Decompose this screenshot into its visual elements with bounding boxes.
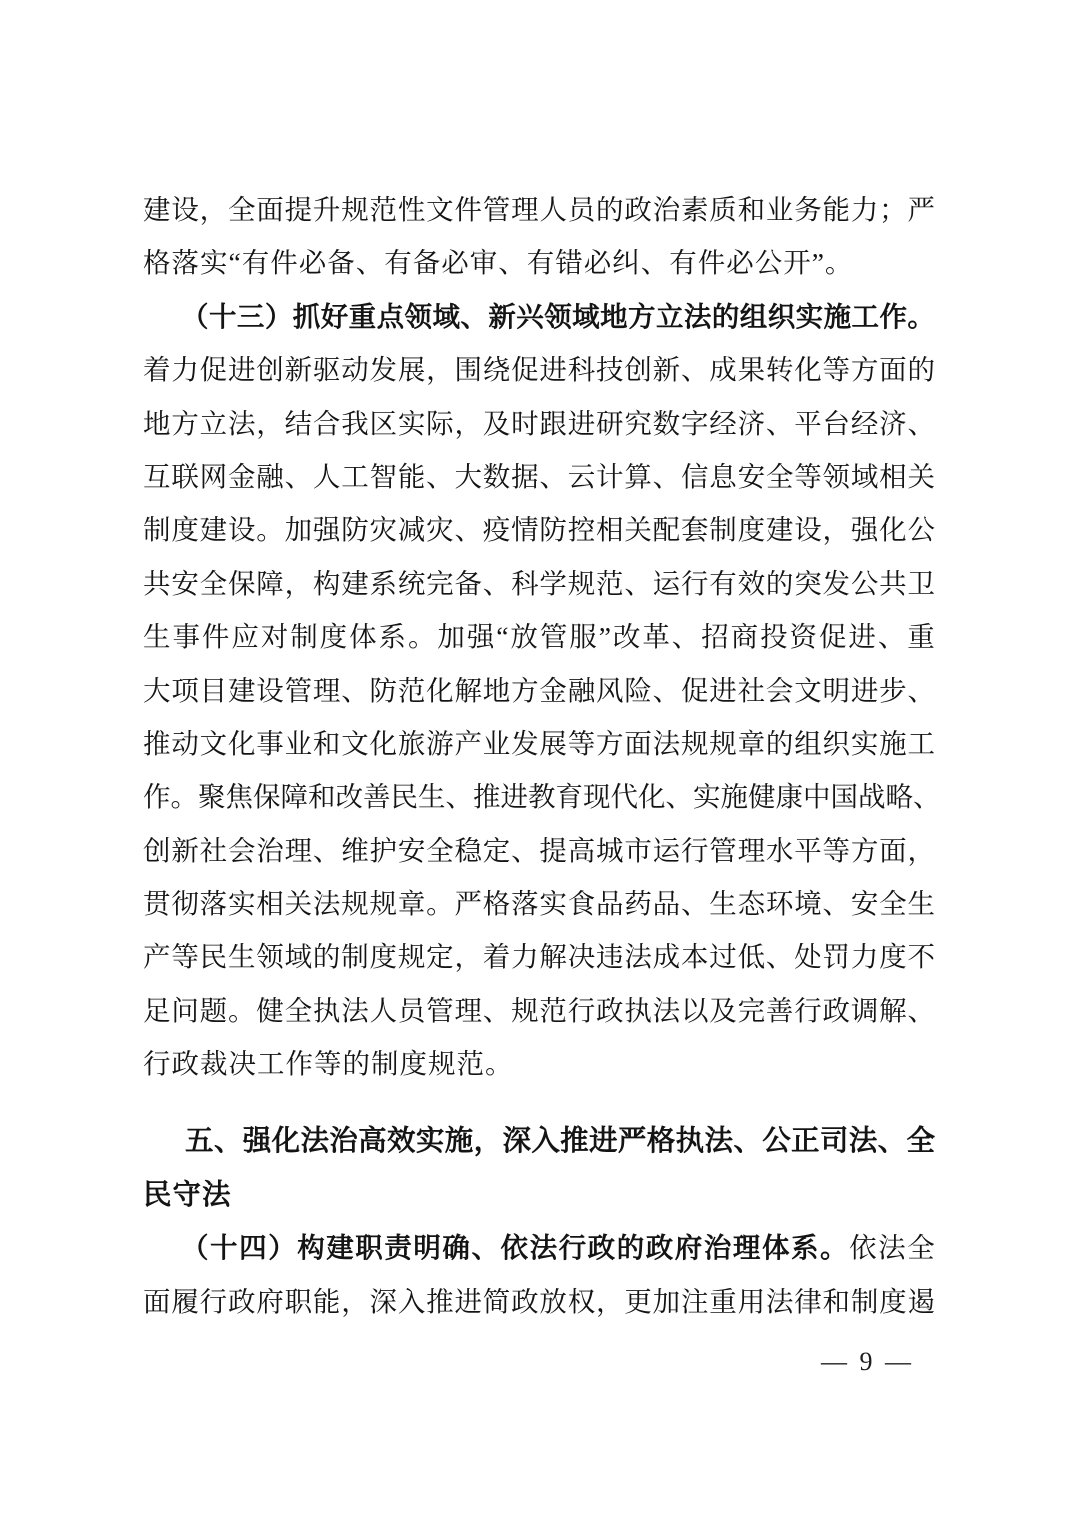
text-char: 进 [454,1275,482,1328]
text-char: 建 [326,1221,354,1274]
text-char: 关 [285,877,313,930]
text-char: 方 [851,824,879,877]
text-char: 安 [171,557,199,610]
text-char: 能 [398,450,426,503]
text-char: 全 [766,450,794,503]
text-char: 法 [849,1115,878,1168]
text-char: 系 [370,557,398,610]
text-char: ， [454,930,482,983]
text-char: 善 [766,984,794,1037]
text-char: 职 [285,1275,313,1328]
text-line: （十三）抓好重点领域、新兴领域地方立法的组织实施工作。 [143,290,935,343]
text-char: 实 [398,397,426,450]
text-char: 发 [370,343,398,396]
text-char: 对 [261,610,289,663]
text-line: 格落实“有件必备、有备必审、有错必纠、有件必公开”。 [143,236,935,289]
text-char: 实 [851,717,879,770]
text-char: 理 [738,824,766,877]
text-char: 等 [794,450,822,503]
text-line: 建设，全面提升规范性文件管理人员的政治素质和业务能力；严 [143,183,935,236]
text-char: 、 [285,450,313,503]
text-char: 防 [341,503,369,556]
text-char: 管 [483,183,511,236]
text-char: 面 [143,1275,171,1328]
text-char: 社 [738,664,766,717]
text-char: 法 [341,984,369,1037]
text-line: 产等民生领域的制度规定，着力解决违法成本过低、处罚力度不 [143,930,935,983]
text-char: 实 [539,877,567,930]
text-char: 法 [684,290,712,343]
text-char: 政 [624,183,652,236]
text-char: 提 [539,824,567,877]
text-char: 方 [628,290,656,343]
text-char: 、 [681,877,709,930]
text-char: 能 [823,183,851,236]
text-char: 产 [454,717,482,770]
text-char: 执 [624,984,652,1037]
text-char: 。 [408,610,436,663]
text-char: （ [181,290,209,343]
text-char: ， [474,1115,503,1168]
text-char: 化 [426,664,454,717]
text-char: 力 [851,930,879,983]
text-char: 务 [794,183,822,236]
text-char: 时 [511,397,539,450]
text-char: 强 [851,503,879,556]
text-char: 事 [256,717,284,770]
text-char: 、 [653,450,681,503]
text-char: 招 [701,610,729,663]
text-char: 创 [624,343,652,396]
text-char: 地 [483,664,511,717]
text-char: 配 [653,503,681,556]
text-char: 完 [426,557,454,610]
text-char: 和 [823,1275,851,1328]
text-char: 治 [329,1115,358,1168]
text-char: 理 [733,1221,761,1274]
text-char: ； [879,183,907,236]
text-char: 数 [653,397,681,450]
text-char: 科 [568,343,596,396]
text-line: 作。聚焦保障和改善民生、推进教育现代化、实施健康中国战略、 [143,770,935,823]
text-char: 化 [879,503,907,556]
text-char: 章 [398,877,426,930]
text-char: 违 [596,930,624,983]
text-char: 员 [398,984,426,1037]
text-char: 进 [568,397,596,450]
text-char: 规 [341,877,369,930]
text-char: 责 [384,1221,412,1274]
text-char: 、 [666,770,694,823]
text-char: 遏 [907,1275,935,1328]
text-char: 工 [341,450,369,503]
text-char: 题 [200,984,228,1037]
text-char: 金 [539,664,567,717]
text-char: 、 [672,610,700,663]
text-char: 面 [879,824,907,877]
text-char: 三 [237,290,265,343]
text-char: 网 [200,450,228,503]
text-char: 政 [596,984,624,1037]
text-char: 结 [285,397,313,450]
text-char: 的 [313,930,341,983]
text-char: 进 [501,770,529,823]
text-char: 促 [511,343,539,396]
text-char: 社 [200,824,228,877]
text-char: 代 [611,770,639,823]
text-char: 方 [851,343,879,396]
text-char: 、 [681,343,709,396]
text-char: 安 [851,877,879,930]
text-char: 国 [831,770,859,823]
text-char: 执 [676,1115,705,1168]
text-char: 化 [272,1115,301,1168]
text-char: 度 [879,930,907,983]
text-char: 。 [228,984,256,1037]
text-char: 全 [200,557,228,610]
text-char: 度 [171,503,199,556]
text-char: 、 [733,1115,762,1168]
text-char: 。 [171,770,199,823]
text-char: 人 [370,984,398,1037]
text-char: 贯 [143,877,171,930]
text-char: 员 [568,183,596,236]
text-char: 济 [738,397,766,450]
text-char: 高 [358,1115,387,1168]
text-char: 关 [907,450,935,503]
text-char: 、 [907,984,935,1037]
text-char: 保 [253,770,281,823]
text-char: 育 [556,770,584,823]
text-char: 理 [511,183,539,236]
text-char: 法 [300,1115,329,1168]
text-char: 着 [143,343,171,396]
text-char: 化 [228,717,256,770]
text-char: 依 [501,1221,529,1274]
text-char: 进 [851,664,879,717]
text-segment: 格落实“有件必备、有备必审、有错必纠、有件必公开”。 [143,247,853,278]
text-char: 域 [572,290,600,343]
text-char: 数 [483,450,511,503]
text-char: 制 [709,503,737,556]
text-char: 实 [693,770,721,823]
text-char: “ [496,610,508,663]
page-number: — 9 — [821,1347,914,1377]
text-char: 聚 [198,770,226,823]
text-char: 行 [794,984,822,1037]
text-char: 计 [596,450,624,503]
text-char: 定 [426,930,454,983]
text-char: 卫 [907,557,935,610]
text-char: 等 [823,343,851,396]
text-char: 业 [285,717,313,770]
text-char: 智 [370,450,398,503]
text-char: 法 [766,1275,794,1328]
text-char: 革 [642,610,670,663]
text-char: 相 [879,450,907,503]
text-char: 制 [851,1275,879,1328]
text-char: 行 [681,557,709,610]
text-char: 罚 [823,930,851,983]
text-char: 动 [171,717,199,770]
text-char: 灾 [426,503,454,556]
text-char: 立 [656,290,684,343]
text-char: 略 [886,770,914,823]
text-char: 、 [313,824,341,877]
text-char: 战 [858,770,886,823]
text-char: 设 [794,503,822,556]
text-char: 构 [297,1221,325,1274]
text-char: 力 [511,930,539,983]
text-char: 安 [738,450,766,503]
text-char: 、 [878,1115,907,1168]
text-char: 研 [596,397,624,450]
text-char: 际 [426,397,454,450]
text-char: 驱 [313,343,341,396]
text-char: 立 [200,397,228,450]
text-char: 科 [511,557,539,610]
text-char: 性 [398,183,426,236]
text-char: 水 [766,824,794,877]
text-char: 全 [906,1115,935,1168]
text-char: 法 [653,984,681,1037]
text-char: 体 [762,1221,790,1274]
text-char: 力 [171,343,199,396]
text-char: 商 [731,610,759,663]
text-char: 施 [879,717,907,770]
text-char: 、 [483,984,511,1037]
text-char: 融 [256,450,284,503]
text-char: 业 [766,183,794,236]
text-char: 领 [405,290,433,343]
text-char: 落 [511,877,539,930]
text-char: 我 [341,397,369,450]
text-char: 十 [209,290,237,343]
text-char: 织 [823,717,851,770]
text-char: 文 [426,183,454,236]
text-char: 、 [539,450,567,503]
text-char: 疫 [483,503,511,556]
text-char: 政 [646,1221,674,1274]
text-char: 中 [803,770,831,823]
text-char: 府 [256,1275,284,1328]
text-char: 建 [143,183,171,236]
text-char: 安 [398,824,426,877]
text-char: ” [599,610,611,663]
text-char: 公 [762,1115,791,1168]
text-char: 化 [638,770,666,823]
text-char: 跟 [539,397,567,450]
text-char: 减 [398,503,426,556]
text-char: 理 [285,824,313,877]
text-char: 文 [200,717,228,770]
text-char: 健 [256,984,284,1037]
text-char: 资 [790,610,818,663]
text-char: 设 [228,503,256,556]
text-char: 、 [426,450,454,503]
text-line: 共安全保障，构建系统完备、科学规范、运行有效的突发公共卫 [143,557,935,610]
text-char: 进 [848,610,876,663]
text-char: 旅 [398,717,426,770]
text-char: 改 [336,770,364,823]
text-char: 抓 [293,290,321,343]
text-line: 大项目建设管理、防范化解地方金融风险、促进社会文明进步、 [143,664,935,717]
text-char: 绕 [483,343,511,396]
text-char: 新 [653,343,681,396]
text-char: 。 [426,877,454,930]
text-char: 行 [568,984,596,1037]
text-char: 面 [879,343,907,396]
text-char: 障 [256,557,284,610]
text-char: 制 [143,503,171,556]
text-char: 规 [681,717,709,770]
text-char: 和 [308,770,336,823]
text-char: 法 [653,717,681,770]
text-char: 件 [454,183,482,236]
text-char: 技 [596,343,624,396]
text-char: 制 [290,610,318,663]
text-char: 动 [341,343,369,396]
text-char: 强 [243,1115,272,1168]
text-char: 促 [200,343,228,396]
text-char: 重 [349,290,377,343]
text-char: 平 [794,397,822,450]
text-char: 确 [442,1221,470,1274]
text-char: 相 [596,503,624,556]
text-char: 明 [413,1221,441,1274]
text-char: 格 [483,877,511,930]
text-char: 药 [624,877,652,930]
text-char: 重 [709,1275,737,1328]
text-char: 严 [454,877,482,930]
text-char: 民 [391,770,419,823]
text-char: 、 [341,664,369,717]
text-char: 法 [878,1221,906,1274]
text-char: 施 [721,770,749,823]
text-char: 经 [851,397,879,450]
text-char: 提 [285,183,313,236]
text-char: 履 [171,1275,199,1328]
text-char: ） [265,290,293,343]
text-char: 度 [738,503,766,556]
text-char: 执 [313,984,341,1037]
text-char: 力 [851,183,879,236]
text-char: 人 [539,183,567,236]
text-char: 注 [681,1275,709,1328]
text-char: 、 [913,770,941,823]
text-char: 及 [483,397,511,450]
text-char: 行 [200,1275,228,1328]
text-char: 明 [823,664,851,717]
text-char: 新 [171,824,199,877]
text-char: 完 [738,984,766,1037]
text-char: 以 [681,984,709,1037]
text-char: 进 [539,343,567,396]
text-char: 文 [794,664,822,717]
text-char: 法 [704,1115,733,1168]
text-line: 面履行政府职能，深入推进简政放权，更加注重用法律和制度遏 [143,1275,935,1328]
text-char: 投 [760,610,788,663]
text-char: 点 [377,290,405,343]
text-char: 全 [879,877,907,930]
text-char: 法 [228,397,256,450]
text-char: 推 [473,770,501,823]
text-char: 突 [794,557,822,610]
text-char: 正 [791,1115,820,1168]
text-char: 运 [653,824,681,877]
text-char: 人 [313,450,341,503]
text-char: 域 [285,930,313,983]
text-char: 格 [647,1115,676,1168]
text-char: 维 [341,824,369,877]
text-char: 低 [738,930,766,983]
text-char: 度 [879,1275,907,1328]
text-char: 决 [568,930,596,983]
text-char: 设 [256,664,284,717]
text-char: 规 [511,984,539,1037]
text-char: 施 [445,1115,474,1168]
text-char: 字 [681,397,709,450]
text-char: 进 [709,664,737,717]
text-char: 建 [228,664,256,717]
text-char: 学 [539,557,567,610]
text-char: 有 [709,557,737,610]
text-char: 十 [210,1221,238,1274]
text-char: 护 [370,824,398,877]
text-char: 规 [341,183,369,236]
text-char: 合 [313,397,341,450]
text-char: 联 [171,450,199,503]
text-char: 相 [256,877,284,930]
text-char: 理 [454,984,482,1037]
text-char: 法 [530,1221,558,1274]
text-char: 建 [766,503,794,556]
text-char: 等 [171,930,199,983]
text-char: 不 [907,930,935,983]
text-char: 教 [528,770,556,823]
text-char: 生 [907,877,935,930]
text-char: 全 [285,984,313,1037]
text-char: ， [907,824,935,877]
text-char: 步 [879,664,907,717]
text-char: 文 [341,717,369,770]
text-char: 规 [709,717,737,770]
text-char: ， [341,1275,369,1328]
text-char: 、 [766,397,794,450]
text-char: 地 [600,290,628,343]
text-char: 。 [256,503,284,556]
text-char: 进 [589,1115,618,1168]
text-char: 工 [907,717,935,770]
text-char: 融 [568,664,596,717]
text-char: 领 [823,450,851,503]
text-char: 、 [823,877,851,930]
text-char: 深 [370,1275,398,1328]
text-char: 食 [568,877,596,930]
text-char: 行 [559,1221,587,1274]
text-char: 范 [539,984,567,1037]
text-line: （十四）构建职责明确、依法行政的政府治理体系。依法全 [143,1221,935,1274]
text-char: 解 [539,930,567,983]
text-char: 目 [200,664,228,717]
text-char: 治 [256,824,284,877]
text-char: 公 [907,503,935,556]
text-char: 实 [416,1115,445,1168]
text-char: 和 [313,717,341,770]
text-char: 业 [483,717,511,770]
text-char: 障 [281,770,309,823]
text-char: 域 [851,450,879,503]
